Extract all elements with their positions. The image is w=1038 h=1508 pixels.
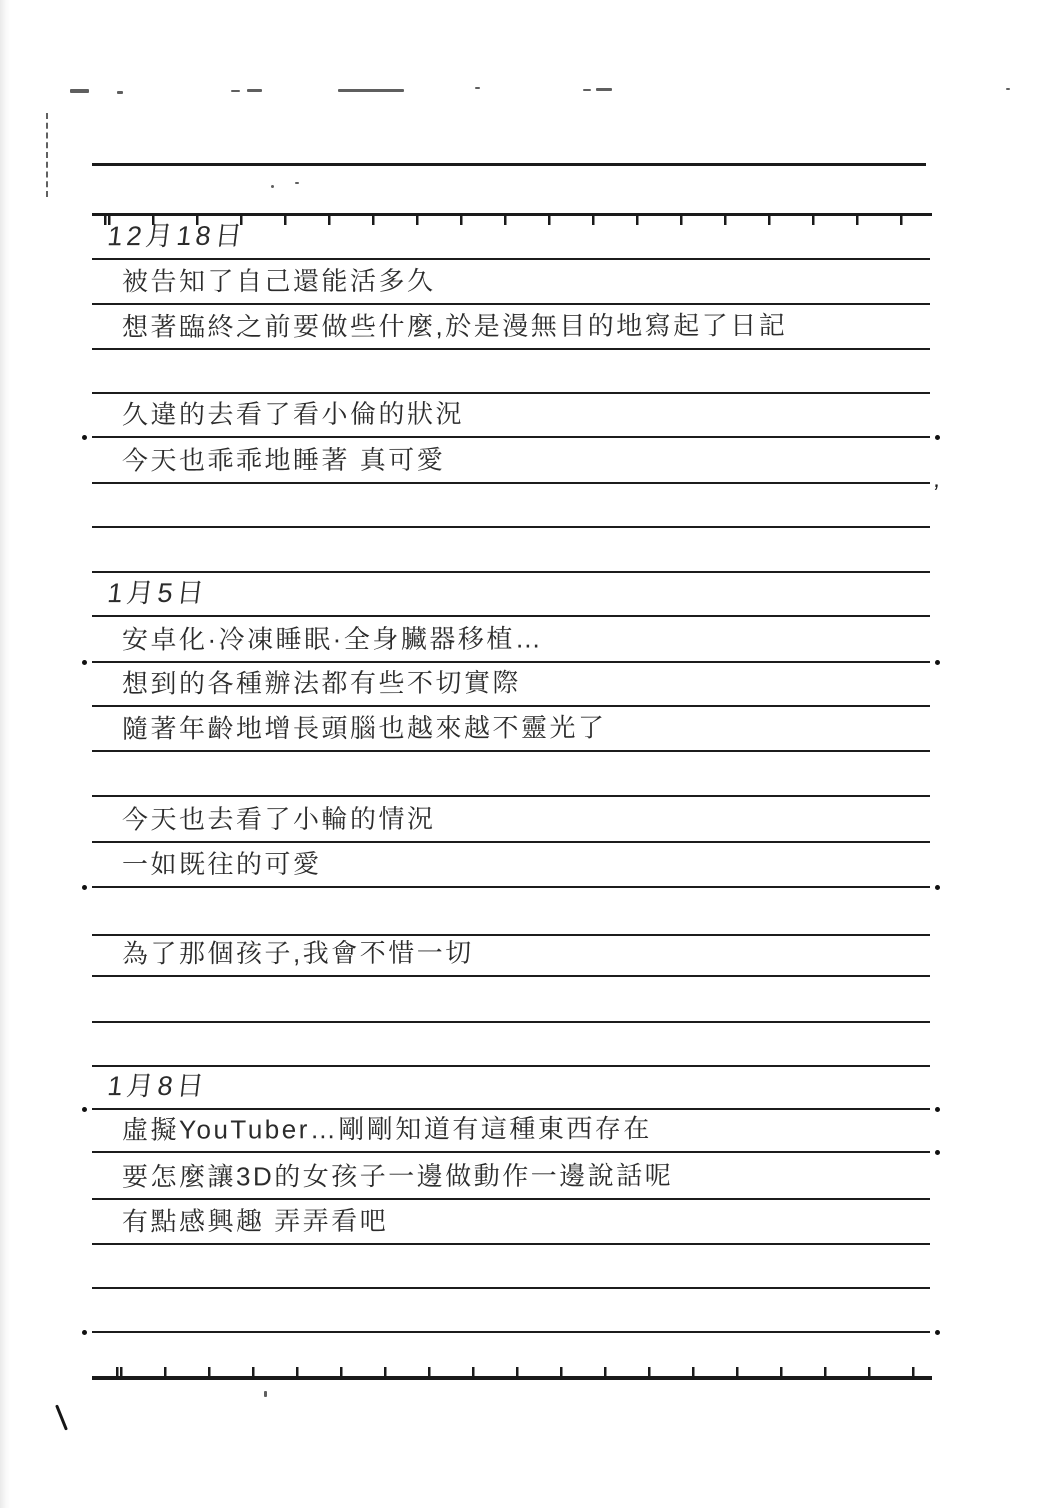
scan-artifact (1006, 88, 1010, 90)
diary-line-text: 久違的去看了看小倫的狀況 (122, 394, 464, 432)
scan-artifact (271, 185, 274, 188)
scan-artifact (117, 91, 123, 94)
scan-artifact (264, 1391, 267, 1397)
diary-line-row: 今天也去看了小輪的情況 (92, 801, 930, 843)
diary-blank-row (92, 1025, 930, 1067)
diary-line-row: 隨著年齡地增長頭腦也越來越不靈光了 (92, 710, 930, 752)
diary-line-row: 有點感興趣 弄弄看吧 (92, 1203, 930, 1245)
diary-line-row: 久違的去看了看小倫的狀況 (92, 396, 930, 438)
diary-blank-row (92, 486, 930, 528)
scan-artifact (583, 89, 591, 91)
diary-line-text: 被告知了自己還能活多久 (122, 261, 436, 299)
diary-line-row: 被告知了自己還能活多久 (92, 263, 930, 305)
scan-artifact-comma: , (932, 466, 943, 495)
diary-line-row: 想到的各種辦法都有些不切實際 (92, 665, 930, 707)
diary-line-text: 隨著年齡地增長頭腦也越來越不靈光了 (122, 707, 607, 745)
diary-blank-row (92, 1291, 930, 1333)
diary-date-row: 1月5日 (92, 575, 930, 617)
scan-artifact (596, 88, 612, 91)
diary-blank-row (92, 1247, 930, 1289)
diary-blank-row (92, 352, 930, 394)
diary-date-text: 12月18日 (106, 214, 249, 253)
diary-scan-page: 12月18日 被告知了自己還能活多久 想著臨終之前要做些什麼,於是漫無目的地寫起… (0, 0, 1038, 1508)
diary-line-row: 今天也乖乖地睡著 真可愛 (92, 442, 930, 484)
diary-line-text: 安卓化·冷凍睡眠·全身臟器移植… (122, 618, 543, 656)
scan-artifact (295, 182, 299, 184)
diary-line-text: 為了那個孩子,我會不惜一切 (122, 933, 474, 971)
diary-line-row: 安卓化·冷凍睡眠·全身臟器移植… (92, 621, 930, 663)
scan-artifact (231, 90, 240, 92)
scan-artifact (70, 89, 89, 93)
diary-line-text: 想到的各種辦法都有些不切實際 (122, 662, 521, 700)
diary-date-row: 12月18日 (92, 218, 930, 260)
scan-artifact-vertical-dashes (46, 113, 48, 197)
diary-line-row: 一如既往的可愛 (92, 846, 930, 888)
diary-date-text: 1月8日 (106, 1064, 211, 1103)
diary-line-text: 想著臨終之前要做些什麼,於是漫無目的地寫起了日記 (122, 305, 787, 344)
diary-blank-row (92, 894, 930, 936)
scan-artifact (338, 89, 404, 92)
scan-artifact (475, 87, 480, 89)
diary-line-text: 今天也去看了小輪的情況 (122, 799, 436, 837)
diary-line-row: 要怎麼讓3D的女孩子一邊做動作一邊說話呢 (92, 1158, 930, 1200)
diary-date-text: 1月5日 (106, 571, 211, 610)
diary-line-row: 想著臨終之前要做些什麼,於是漫無目的地寫起了日記 (92, 308, 930, 350)
diary-line-text: 今天也乖乖地睡著 真可愛 (122, 440, 445, 478)
diary-line-row: 為了那個孩子,我會不惜一切 (92, 935, 930, 977)
diary-blank-row (92, 755, 930, 797)
diary-line-row: 虛擬YouTuber…剛剛知道有這種東西存在 (92, 1111, 930, 1153)
top-margin-line (92, 163, 926, 166)
scan-artifact (247, 89, 262, 92)
diary-line-text: 一如既往的可愛 (122, 844, 322, 882)
diary-line-text: 有點感興趣 弄弄看吧 (122, 1201, 388, 1239)
diary-line-text: 要怎麼讓3D的女孩子一邊做動作一邊說話呢 (122, 1155, 673, 1193)
diary-line-text: 虛擬YouTuber…剛剛知道有這種東西存在 (122, 1108, 652, 1146)
diary-blank-row (92, 531, 930, 573)
diary-date-row: 1月8日 (92, 1068, 930, 1110)
ruled-border-bottom (92, 1367, 932, 1380)
scan-artifact-slash (55, 1404, 68, 1430)
diary-blank-row (92, 981, 930, 1023)
